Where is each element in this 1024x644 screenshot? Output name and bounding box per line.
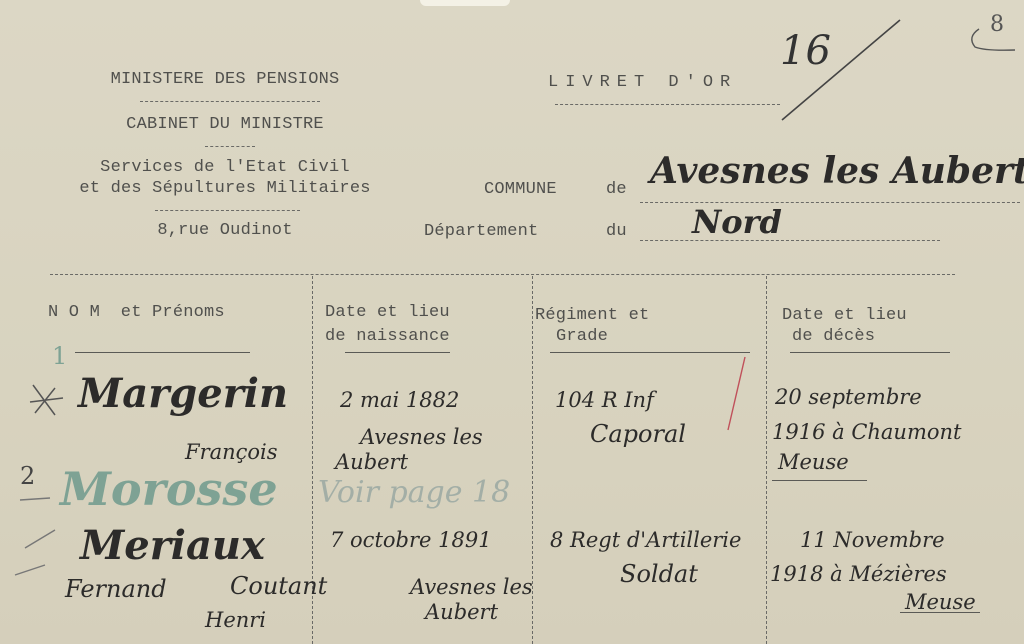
- paper-glare: [420, 0, 510, 6]
- occupation: Coutant: [230, 572, 327, 600]
- departement-fill-line: [640, 240, 940, 241]
- service-line-1: Services de l'Etat Civil: [40, 158, 410, 177]
- ministry-name: MINISTERE DES PENSIONS: [60, 70, 390, 89]
- row-number: 1: [52, 342, 67, 370]
- address: 8,rue Oudinot: [60, 221, 390, 240]
- birth-place: Avesnes les: [360, 425, 483, 449]
- regiment: 104 R Inf: [555, 388, 654, 412]
- column-header-name: N O M et Prénoms: [48, 303, 225, 322]
- column-header-birth: Date et lieu: [325, 303, 450, 322]
- column-header-death: Date et lieu: [782, 306, 907, 325]
- death-place-2: Meuse: [905, 590, 976, 614]
- column-header-death-2: de décès: [792, 327, 875, 346]
- surname: Meriaux: [80, 522, 265, 569]
- cabinet-name: CABINET DU MINISTRE: [60, 115, 390, 134]
- underline: [900, 612, 980, 613]
- grade: Soldat: [620, 560, 698, 588]
- slash-mark-icon: [770, 15, 910, 125]
- first-name: François: [185, 440, 278, 464]
- birth-date: 2 mai 1882: [340, 388, 459, 412]
- surname: Margerin: [78, 370, 288, 417]
- underline: [772, 480, 867, 481]
- grade: Caporal: [590, 420, 686, 448]
- birth-place: Avesnes les: [410, 575, 533, 599]
- birth-place-2: Aubert: [335, 450, 408, 474]
- regiment: 8 Regt d'Artillerie: [550, 528, 741, 552]
- table-top-rule: [50, 274, 955, 275]
- commune-prep: de: [606, 180, 627, 199]
- commune-value: Avesnes les Aubert: [650, 150, 1024, 192]
- cross-reference-note: Voir page 18: [318, 475, 510, 510]
- departement-label: Département: [424, 222, 538, 241]
- header-underline: [550, 352, 750, 353]
- death-place-2: Meuse: [778, 450, 849, 474]
- title-underline: [555, 104, 780, 105]
- document-title: LIVRET D'OR: [548, 73, 737, 92]
- departement-value: Nord: [692, 203, 782, 241]
- divider: [155, 210, 300, 211]
- red-tick-mark-icon: [720, 355, 750, 435]
- column-header-regiment-2: Grade: [556, 327, 608, 346]
- corner-bracket-icon: [965, 25, 1020, 55]
- first-name: Fernand: [65, 575, 167, 603]
- death-place: 1918 à Mézières: [770, 562, 947, 586]
- divider: [205, 146, 255, 147]
- surname-struck: Morosse: [60, 462, 278, 516]
- birth-place-2: Aubert: [425, 600, 498, 624]
- first-name-2: Henri: [205, 608, 266, 632]
- header-underline: [790, 352, 950, 353]
- service-line-2: et des Sépultures Militaires: [40, 179, 410, 198]
- death-date: 11 Novembre: [800, 528, 945, 552]
- death-date: 20 septembre: [775, 385, 922, 409]
- departement-prep: du: [606, 222, 627, 241]
- column-header-birth-2: de naissance: [325, 327, 450, 346]
- strike-marks-icon: [10, 480, 70, 580]
- death-place: 1916 à Chaumont: [772, 420, 961, 444]
- commune-label: COMMUNE: [484, 180, 557, 199]
- cross-mark-icon: [25, 380, 65, 420]
- column-header-regiment: Régiment et: [535, 306, 649, 325]
- header-underline: [75, 352, 250, 353]
- divider: [140, 101, 320, 102]
- birth-date: 7 octobre 1891: [330, 528, 492, 552]
- column-divider: [766, 276, 767, 644]
- header-underline: [345, 352, 450, 353]
